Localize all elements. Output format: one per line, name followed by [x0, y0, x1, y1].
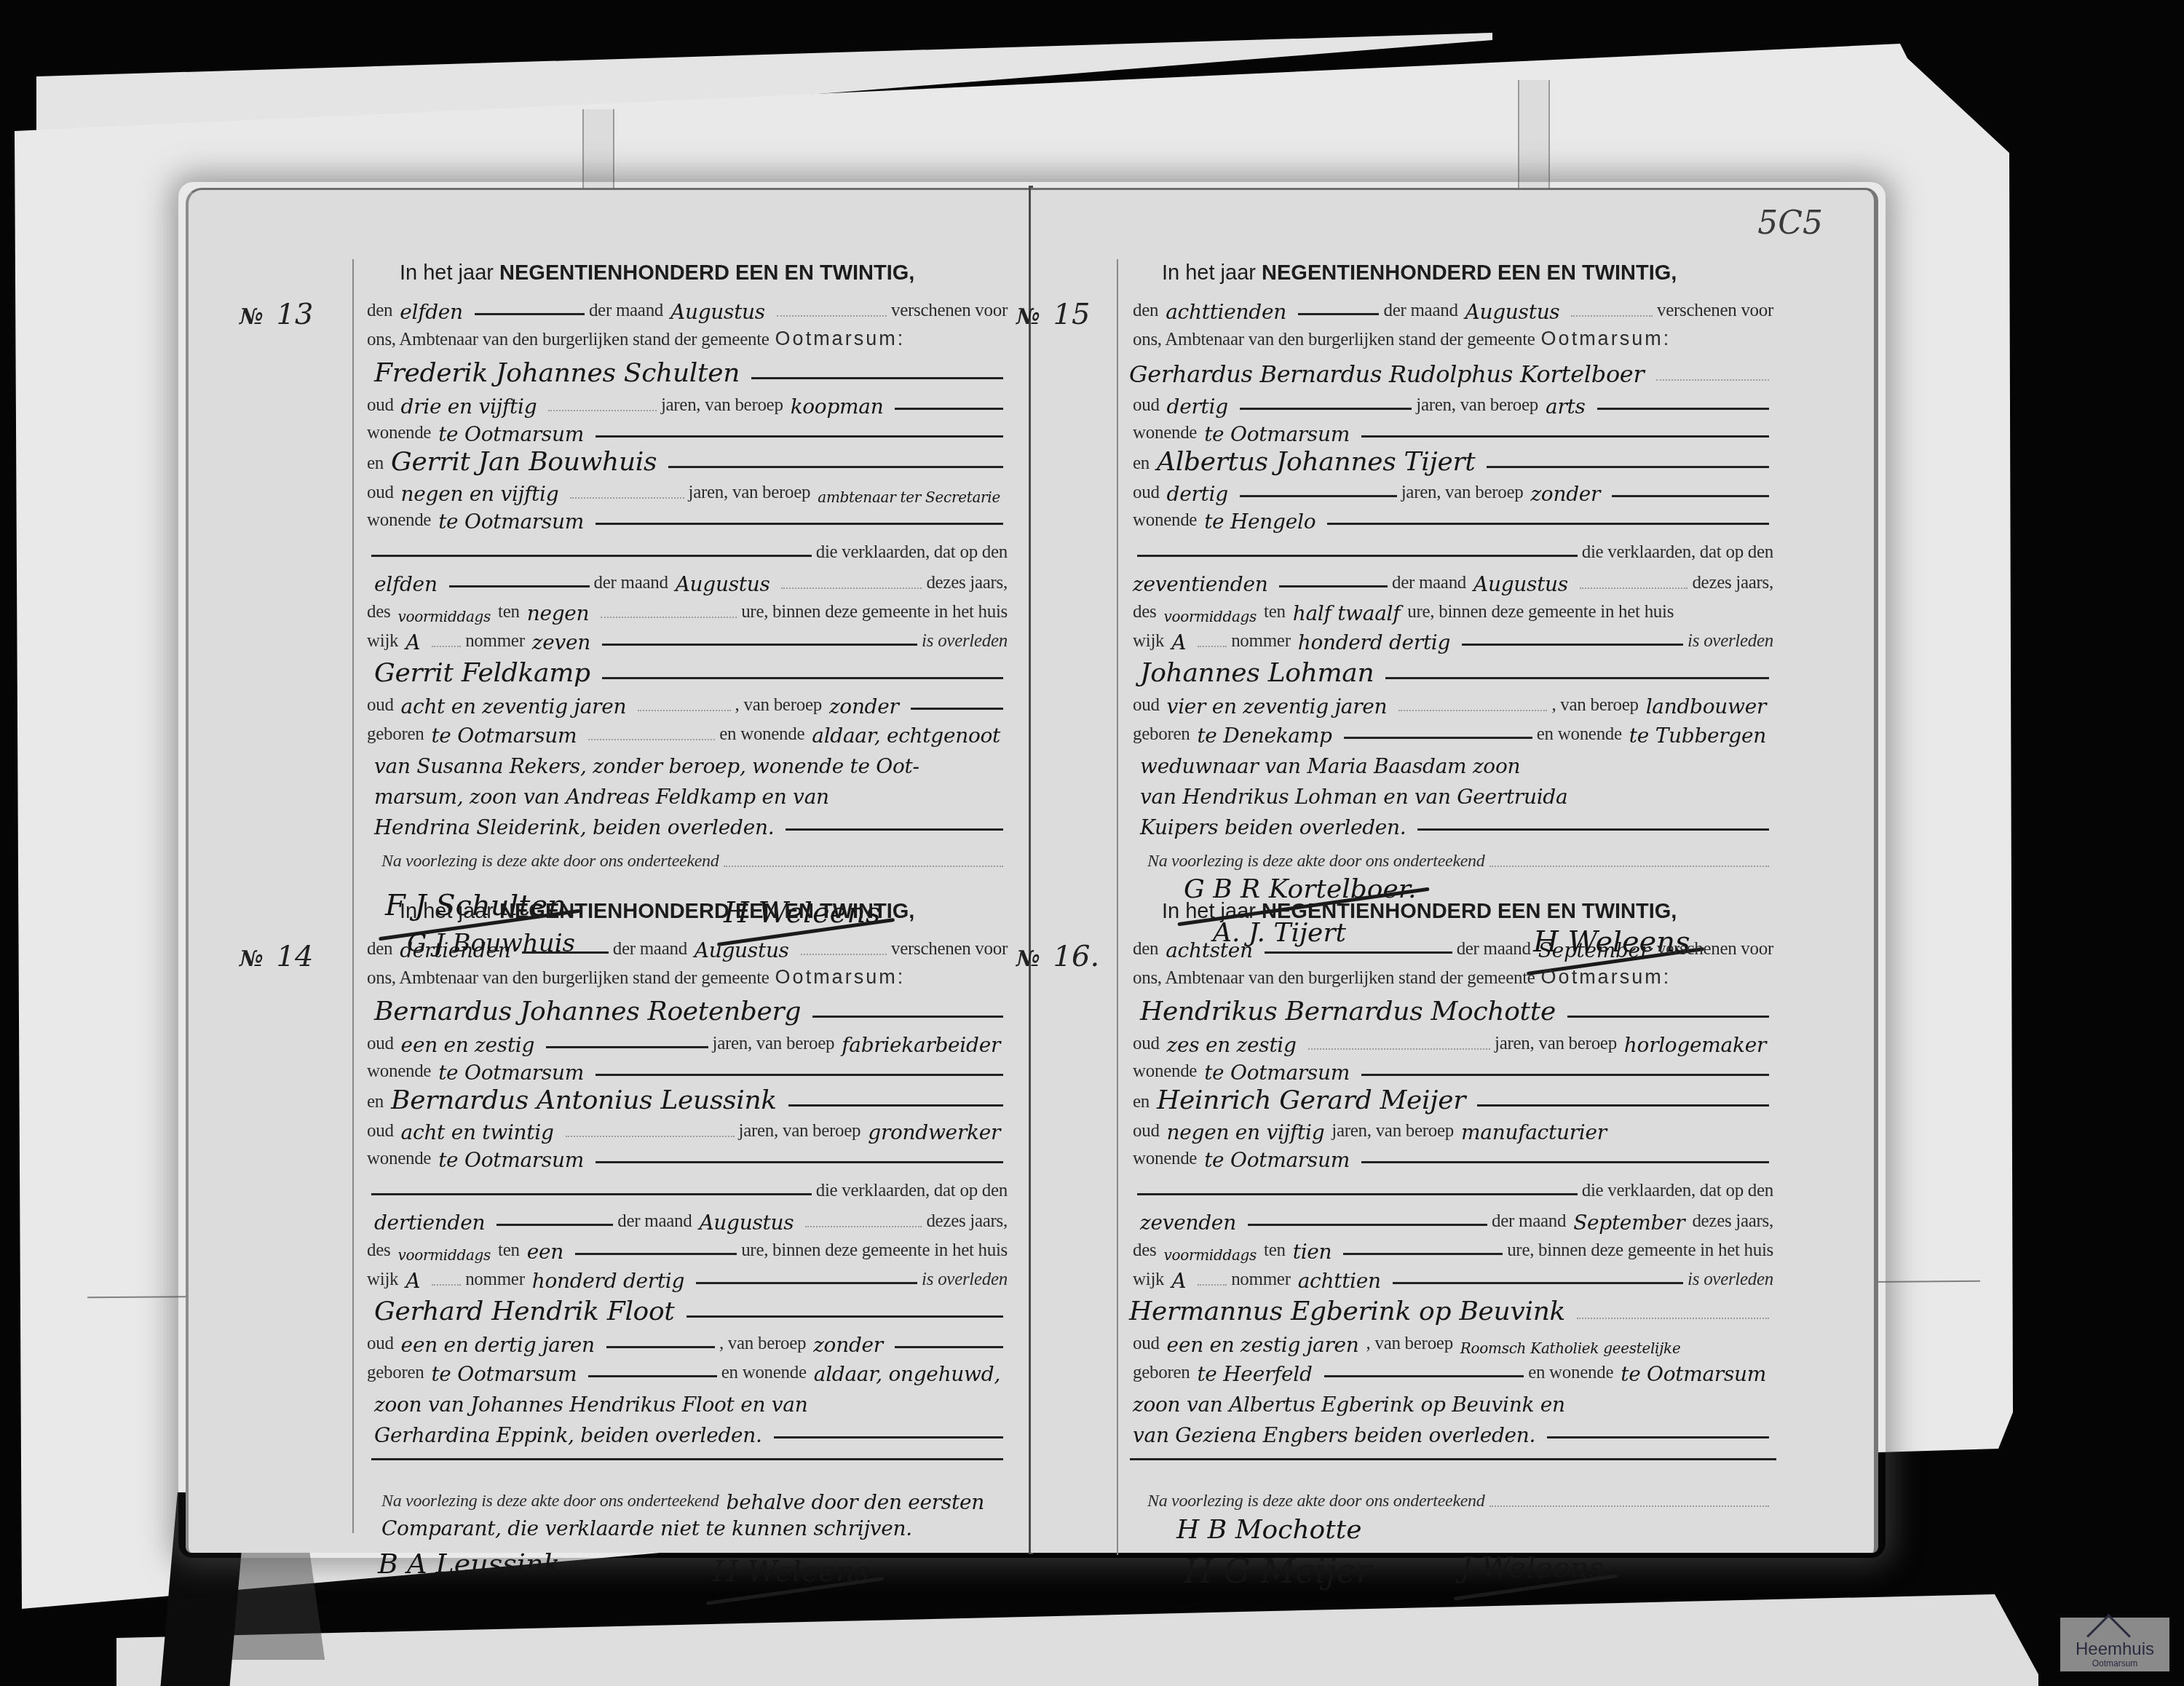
row-witness2-residence: wonende te Ootmarsum	[367, 1140, 1008, 1169]
fill-line	[596, 523, 1003, 525]
row-ons: ons, Ambtenaar van den burgerlijken stan…	[1133, 959, 1773, 989]
fill-line	[588, 1375, 716, 1377]
label-des: des	[1133, 602, 1156, 622]
label-jaren-van-beroep: jaren, van beroep	[1416, 395, 1538, 416]
row-deceased-age: oud vier en zeventig jaren , van beroep …	[1133, 686, 1773, 716]
row-deceased-details: van Susanna Rekers, zonder beroep, wonen…	[367, 746, 1008, 775]
signature: H G Meijer	[1184, 1551, 1372, 1591]
fill-line	[1385, 677, 1769, 679]
label-en-wonende: en wonende	[721, 1363, 807, 1383]
label-der-maand: der maand	[1392, 573, 1466, 593]
dotted-rule	[1198, 646, 1227, 647]
fill-line	[1240, 495, 1397, 497]
fill-line	[1612, 495, 1769, 497]
label-is-overleden: is overleden	[922, 631, 1008, 652]
row-witness2-name: en Bernardus Antonius Leussink	[367, 1083, 1008, 1112]
row-witness2-residence: wonende te Hengelo	[1133, 502, 1773, 531]
field-deceased-details: marsum, zoon van Andreas Feldkamp en van	[374, 785, 829, 809]
label-den: den	[367, 939, 392, 959]
label-en: en	[1133, 1092, 1150, 1112]
row-ons: ons, Ambtenaar van den burgerlijken stan…	[367, 321, 1008, 350]
field-witness2-residence: te Ootmarsum	[438, 510, 584, 534]
row-deceased-born: geboren te Ootmarsum en wonende aldaar, …	[367, 1354, 1008, 1383]
field-witness1-name: Bernardus Johannes Roetenberg	[374, 997, 801, 1026]
row-closing: Na voorlezing is deze akte door ons onde…	[1147, 1482, 1773, 1511]
row-witness2-age: oud negen en vijftig jaren, van beroep m…	[1133, 1112, 1773, 1141]
label-geboren: geboren	[1133, 1363, 1190, 1383]
label-oud: oud	[1133, 483, 1160, 503]
fill-line	[371, 555, 812, 557]
label-is-overleden: is overleden	[922, 1270, 1008, 1290]
row-deceased-details: zoon van Johannes Hendrikus Floot en van	[367, 1385, 1008, 1414]
row-death-date: dertienden der maand Augustus dezes jaar…	[367, 1203, 1008, 1232]
fill-line	[1343, 1253, 1503, 1255]
fill-line	[1240, 408, 1412, 410]
label-ure-binnen: ure, binnen deze gemeente in het huis	[741, 602, 1008, 622]
label-dezes-jaars: dezes jaars,	[926, 1211, 1008, 1232]
label-geboren: geboren	[1133, 724, 1190, 745]
row-witness1-name: Gerhardus Bernardus Rudolphus Kortelboer	[1122, 356, 1773, 385]
dotted-rule	[1198, 1284, 1227, 1286]
dotted-rule	[588, 739, 715, 740]
row-death-time: des voormiddags ten negen ure, binnen de…	[367, 593, 1008, 622]
field-witness1-residence: te Ootmarsum	[438, 1061, 584, 1085]
label-geboren: geboren	[367, 724, 424, 745]
record-title: In het jaar NEGENTIENHONDERD EEN EN TWIN…	[400, 900, 914, 924]
label-ure-binnen: ure, binnen deze gemeente in het huis	[741, 1240, 1008, 1261]
row-witness1-residence: wonende te Ootmarsum	[367, 414, 1008, 443]
row-witness1-name: Bernardus Johannes Roetenberg	[367, 994, 1008, 1024]
label-wijk: wijk	[1133, 631, 1164, 652]
field-witness2-residence: te Ootmarsum	[438, 1148, 584, 1172]
fill-line	[1137, 1193, 1578, 1195]
row-witness2-residence: wonende te Ootmarsum	[1133, 1140, 1773, 1169]
fill-line	[606, 1346, 715, 1348]
label-verschenen-voor: verschenen voor	[1657, 301, 1773, 321]
dotted-rule	[1580, 587, 1688, 589]
dotted-rule	[781, 587, 922, 589]
fill-line	[1462, 644, 1683, 646]
label-jaren-van-beroep: jaren, van beroep	[1401, 483, 1524, 503]
row-date: den elfden der maand Augustus verschenen…	[367, 292, 1008, 321]
field-deceased-born: te Ootmarsum	[431, 724, 577, 748]
fill-line	[1248, 1224, 1487, 1226]
label-ure-binnen: ure, binnen deze gemeente in het huis	[1407, 602, 1674, 622]
field-witness1-name: Gerhardus Bernardus Rudolphus Kortelboer	[1129, 360, 1645, 388]
label-geboren: geboren	[367, 1363, 424, 1383]
fill-line	[895, 408, 1003, 410]
label-wonende: wonende	[1133, 423, 1197, 443]
field-deceased-name: Johannes Lohman	[1140, 658, 1374, 688]
label-na-voorlezing: Na voorlezing is deze akte door ons onde…	[381, 852, 719, 871]
record-number-value: 16.	[1053, 940, 1100, 973]
fill-line	[496, 1224, 613, 1226]
row-deceased-age: oud acht en zeventig jaren , van beroep …	[367, 686, 1008, 716]
label-wonende: wonende	[1133, 1061, 1197, 1082]
row-witness1-residence: wonende te Ootmarsum	[1133, 1053, 1773, 1082]
fill-line	[1324, 1375, 1524, 1377]
row-verklaarden: die verklaarden, dat op den	[1133, 534, 1773, 563]
label-die-verklaarden: die verklaarden, dat op den	[1582, 542, 1773, 563]
dotted-rule	[1489, 866, 1769, 867]
record-number-value: 15	[1053, 298, 1091, 331]
label-is-overleden: is overleden	[1688, 1270, 1773, 1290]
label-oud: oud	[367, 1334, 394, 1354]
label-der-maand: der maand	[1457, 939, 1531, 959]
logo-name: Heemhuis	[2060, 1641, 2169, 1658]
field-witness2-name: Gerrit Jan Bouwhuis	[391, 447, 657, 477]
label-ons: ons, Ambtenaar van den burgerlijken stan…	[367, 330, 769, 350]
label-nommer: nommer	[1231, 1270, 1291, 1290]
record-number: №15	[1016, 298, 1091, 331]
label-ons: ons, Ambtenaar van den burgerlijken stan…	[367, 968, 769, 989]
label-ons: ons, Ambtenaar van den burgerlijken stan…	[1133, 330, 1535, 350]
label-van-beroep: , van beroep	[719, 1334, 806, 1354]
signature: H B Mochotte	[1176, 1515, 1362, 1545]
fill-line	[1137, 555, 1578, 557]
row-witness1-residence: wonende te Ootmarsum	[1133, 414, 1773, 443]
field-deceased-residence: aldaar, echtgenoot	[812, 724, 1000, 748]
label-die-verklaarden: die verklaarden, dat op den	[816, 1181, 1008, 1201]
field-house-number: honderd dertig	[532, 1269, 684, 1293]
heemhuis-logo: Heemhuis Ootmarsum	[2060, 1618, 2169, 1671]
fill-line	[596, 1074, 1003, 1076]
field-wijk: A	[1171, 1269, 1186, 1293]
fill-line	[696, 1282, 917, 1284]
field-deceased-residence: aldaar, ongehuwd,	[814, 1362, 1000, 1386]
dotted-rule	[777, 315, 887, 317]
row-address: wijk A nommer achttien is overleden	[1133, 1261, 1773, 1290]
row-witness2-name: en Albertus Johannes Tijert	[1133, 445, 1773, 474]
row-deceased-name: Gerhard Hendrik Floot	[367, 1294, 1008, 1323]
label-oud: oud	[1133, 1121, 1160, 1141]
row-ons: ons, Ambtenaar van den burgerlijken stan…	[1133, 321, 1773, 350]
label-oud: oud	[367, 1034, 394, 1054]
fill-line	[687, 1315, 1003, 1318]
label-der-maand: der maand	[617, 1211, 692, 1232]
fill-line	[1597, 408, 1769, 410]
fill-line	[546, 1046, 708, 1048]
field-house-number: zeven	[532, 630, 590, 654]
row-death-time: des voormiddags ten een ure, binnen deze…	[367, 1232, 1008, 1261]
dotted-rule	[432, 646, 461, 647]
label-jaren-van-beroep: jaren, van beroep	[739, 1121, 861, 1141]
fill-line	[1361, 1161, 1769, 1163]
label-wonende: wonende	[367, 1061, 431, 1082]
row-deceased-details: Hendrina Sleiderink, beiden overleden.	[367, 807, 1008, 836]
row-closing: Na voorlezing is deze akte door ons onde…	[1147, 842, 1773, 871]
row-deceased-details: weduwnaar van Maria Baasdam zoon	[1133, 746, 1773, 775]
label-jaren-van-beroep: jaren, van beroep	[713, 1034, 835, 1054]
fill-line	[1361, 1074, 1769, 1076]
right-page: 5C5 №15 In het jaar NEGENTIENHONDERD EEN…	[1031, 188, 1878, 1553]
dotted-rule	[1571, 315, 1653, 317]
field-deceased-details: Hendrina Sleiderink, beiden overleden.	[374, 815, 774, 839]
field-deceased-residence: te Tubbergen	[1629, 724, 1766, 748]
field-deceased-name: Gerrit Feldkamp	[374, 658, 590, 688]
row-date: den achttienden der maand Augustus versc…	[1133, 292, 1773, 321]
label-des: des	[1133, 1240, 1156, 1261]
label-der-maand: der maand	[1492, 1211, 1566, 1232]
label-van-beroep: , van beroep	[1551, 695, 1638, 716]
row-deceased-details: zoon van Albertus Egberink op Beuvink en	[1125, 1385, 1773, 1414]
label-wijk: wijk	[367, 1270, 398, 1290]
fill-line	[1327, 523, 1769, 525]
label-dezes-jaars: dezes jaars,	[1692, 1211, 1773, 1232]
row-witness2-age: oud dertig jaren, van beroep zonder	[1133, 474, 1773, 503]
field-deceased-name: Hermannus Egberink op Beuvink	[1129, 1297, 1565, 1326]
row-address: wijk A nommer zeven is overleden	[367, 622, 1008, 652]
row-deceased-details: Kuipers beiden overleden.	[1133, 807, 1773, 836]
fill-line	[1567, 1016, 1769, 1018]
signature: B A Leussink	[378, 1548, 560, 1580]
field-deceased-name: Gerhard Hendrik Floot	[374, 1297, 675, 1326]
label-des: des	[367, 602, 390, 622]
row-address: wijk A nommer honderd dertig is overlede…	[1133, 622, 1773, 652]
field-house-number: honderd dertig	[1298, 630, 1450, 654]
field-wijk: A	[405, 1269, 420, 1293]
row-filler	[367, 1437, 1008, 1466]
label-des: des	[367, 1240, 390, 1261]
field-witness2-residence: te Hengelo	[1204, 510, 1315, 534]
fill-line	[522, 951, 608, 954]
label-en: en	[1133, 454, 1150, 474]
label-den: den	[1133, 301, 1158, 321]
row-witness2-age: oud acht en twintig jaren, van beroep gr…	[367, 1112, 1008, 1141]
row-witness2-residence: wonende te Ootmarsum	[367, 502, 1008, 531]
label-oud: oud	[367, 395, 394, 416]
row-date: den achtsten der maand September versche…	[1133, 930, 1773, 959]
label-der-maand: der maand	[589, 301, 663, 321]
row-deceased-born: geboren te Denekamp en wonende te Tubber…	[1133, 716, 1773, 745]
label-wonende: wonende	[367, 510, 431, 531]
row-witness1-age: oud dertig jaren, van beroep arts	[1133, 387, 1773, 416]
fill-line	[1393, 1282, 1683, 1284]
row-death-date: zeventienden der maand Augustus dezes ja…	[1125, 564, 1773, 593]
label-die-verklaarden: die verklaarden, dat op den	[1582, 1181, 1773, 1201]
label-en-wonende: en wonende	[1537, 724, 1622, 745]
label-jaren-van-beroep: jaren, van beroep	[661, 395, 783, 416]
record-number-value: 14	[277, 940, 314, 973]
row-address: wijk A nommer honderd dertig is overlede…	[367, 1261, 1008, 1290]
dotted-rule	[805, 1226, 922, 1227]
margin-rule	[352, 259, 354, 1533]
fill-line	[596, 435, 1003, 438]
field-deceased-details: van Hendrikus Lohman en van Geertruida	[1140, 785, 1567, 809]
field-witness1-residence: te Ootmarsum	[1204, 1061, 1350, 1085]
record-title: In het jaar NEGENTIENHONDERD EEN EN TWIN…	[1162, 261, 1677, 285]
margin-rule	[1117, 259, 1118, 1555]
field-witness1-name: Hendrikus Bernardus Mochotte	[1140, 997, 1556, 1026]
row-witness2-name: en Heinrich Gerard Meijer	[1133, 1083, 1773, 1112]
fill-line	[1477, 1104, 1769, 1107]
label-der-maand: der maand	[594, 573, 668, 593]
fill-line	[1344, 737, 1532, 739]
label-ten: ten	[1264, 602, 1286, 622]
label-nommer: nommer	[465, 631, 525, 652]
page-marker: 5C5	[1757, 205, 1823, 242]
fill-line	[1130, 1458, 1776, 1460]
row-witness1-age: oud een en zestig jaren, van beroep fabr…	[367, 1025, 1008, 1054]
title-prefix: In het jaar	[400, 261, 494, 285]
label-wijk: wijk	[1133, 1270, 1164, 1290]
fill-line	[449, 585, 590, 587]
title-prefix: In het jaar	[1162, 900, 1256, 923]
field-closing-note: Comparant, die verklaarde niet te kunnen…	[381, 1516, 912, 1540]
logo-place: Ootmarsum	[2060, 1658, 2169, 1669]
row-deceased-name: Gerrit Feldkamp	[367, 656, 1008, 685]
dotted-rule	[724, 866, 1003, 867]
label-jaren-van-beroep: jaren, van beroep	[1495, 1034, 1617, 1054]
row-deceased-age: oud een en zestig jaren , van beroep Roo…	[1133, 1325, 1773, 1354]
fill-line	[596, 1161, 1003, 1163]
record-number: №14	[240, 940, 314, 973]
record-title: In het jaar NEGENTIENHONDERD EEN EN TWIN…	[400, 261, 914, 285]
label-ure-binnen: ure, binnen deze gemeente in het huis	[1507, 1240, 1773, 1261]
label-nommer: nommer	[1231, 631, 1291, 652]
field-deceased-born: te Ootmarsum	[431, 1362, 577, 1386]
field-wijk: A	[405, 630, 420, 654]
fill-line	[751, 377, 1003, 379]
number-label: №	[240, 304, 264, 330]
record-title: In het jaar NEGENTIENHONDERD EEN EN TWIN…	[1162, 900, 1677, 924]
fill-line	[1298, 313, 1380, 315]
label-ten: ten	[498, 602, 520, 622]
row-deceased-details: van Hendrikus Lohman en van Geertruida	[1133, 777, 1773, 806]
field-witness1-residence: te Ootmarsum	[1204, 422, 1350, 446]
field-witness2-name: Bernardus Antonius Leussink	[391, 1085, 777, 1115]
label-oud: oud	[1133, 395, 1160, 416]
label-dezes-jaars: dezes jaars,	[1692, 573, 1773, 593]
row-death-time: des voormiddags ten tien ure, binnen dez…	[1133, 1232, 1773, 1261]
fill-line	[602, 677, 1003, 679]
label-der-maand: der maand	[1383, 301, 1457, 321]
title-year: NEGENTIENHONDERD EEN EN TWINTIG,	[499, 261, 914, 285]
label-en-wonende: en wonende	[719, 724, 804, 745]
record-number: №13	[240, 298, 314, 331]
row-closing: Na voorlezing is deze akte door ons onde…	[381, 842, 1008, 871]
row-deceased-born: geboren te Ootmarsum en wonende aldaar, …	[367, 716, 1008, 745]
label-oud: oud	[367, 483, 394, 503]
row-verklaarden: die verklaarden, dat op den	[367, 1172, 1008, 1201]
fill-line	[1417, 828, 1769, 831]
field-deceased-born: te Heerfeld	[1197, 1362, 1312, 1386]
row-witness1-residence: wonende te Ootmarsum	[367, 1053, 1008, 1082]
row-death-date: zevenden der maand September dezes jaars…	[1133, 1203, 1773, 1232]
title-prefix: In het jaar	[1162, 261, 1256, 285]
dotted-rule	[566, 1136, 735, 1137]
label-van-beroep: , van beroep	[1366, 1334, 1453, 1354]
fill-line	[371, 1193, 812, 1195]
field-house-number: achttien	[1298, 1269, 1381, 1293]
title-prefix: In het jaar	[400, 900, 494, 923]
dotted-rule	[548, 410, 657, 411]
row-witness1-name: Hendrikus Bernardus Mochotte	[1133, 994, 1773, 1024]
title-year: NEGENTIENHONDERD EEN EN TWINTIG,	[1262, 900, 1677, 923]
label-dezes-jaars: dezes jaars,	[926, 573, 1008, 593]
fill-line	[1361, 435, 1769, 438]
label-is-overleden: is overleden	[1688, 631, 1773, 652]
label-ten: ten	[1264, 1240, 1286, 1261]
label-wijk: wijk	[367, 631, 398, 652]
title-year: NEGENTIENHONDERD EEN EN TWINTIG,	[499, 900, 914, 923]
row-filler	[1125, 1437, 1781, 1466]
label-municipality: Ootmarsum:	[775, 328, 906, 350]
fill-line	[788, 1104, 1003, 1107]
dotted-rule	[638, 710, 730, 711]
row-verklaarden: die verklaarden, dat op den	[1133, 1172, 1773, 1201]
fill-line	[371, 1458, 1003, 1460]
label-verschenen-voor: verschenen voor	[891, 301, 1008, 321]
label-nommer: nommer	[465, 1270, 525, 1290]
left-page: №13 In het jaar NEGENTIENHONDERD EEN EN …	[186, 188, 1034, 1553]
field-wijk: A	[1171, 630, 1186, 654]
label-municipality: Ootmarsum:	[775, 966, 906, 989]
dotted-rule	[570, 497, 684, 499]
row-deceased-name: Johannes Lohman	[1133, 656, 1773, 685]
label-wonende: wonende	[367, 423, 431, 443]
label-wonende: wonende	[367, 1149, 431, 1169]
field-witness2-name: Albertus Johannes Tijert	[1157, 447, 1475, 477]
fill-line	[602, 644, 917, 646]
fill-line	[575, 1253, 737, 1255]
label-den: den	[1133, 939, 1158, 959]
row-date: den dertienden der maand Augustus versch…	[367, 930, 1008, 959]
label-jaren-van-beroep: jaren, van beroep	[1332, 1121, 1454, 1141]
fill-line	[1487, 466, 1769, 468]
fill-line	[1265, 951, 1452, 954]
dotted-rule	[801, 954, 887, 955]
row-deceased-details: marsum, zoon van Andreas Feldkamp en van	[367, 777, 1008, 806]
field-witness1-name: Frederik Johannes Schulten	[374, 358, 740, 388]
label-ten: ten	[498, 1240, 520, 1261]
dotted-rule	[1489, 1505, 1769, 1507]
record-number: №16.	[1016, 940, 1099, 973]
dotted-rule	[1398, 710, 1547, 711]
number-label: №	[240, 946, 264, 972]
dotted-rule	[1308, 1048, 1490, 1050]
row-witness1-name: Frederik Johannes Schulten	[367, 356, 1008, 385]
fill-line	[812, 1016, 1003, 1018]
fill-line	[668, 466, 1003, 468]
row-verklaarden: die verklaarden, dat op den	[367, 534, 1008, 563]
field-deceased-born: te Denekamp	[1197, 724, 1332, 748]
field-deceased-residence: te Ootmarsum	[1621, 1362, 1766, 1386]
row-ons: ons, Ambtenaar van den burgerlijken stan…	[367, 959, 1008, 989]
row-closing-cont: Comparant, die verklaarde niet te kunnen…	[374, 1508, 1015, 1537]
label-den: den	[367, 301, 392, 321]
label-verschenen-voor: verschenen voor	[1657, 939, 1773, 959]
row-death-time: des voormiddags ten half twaalf ure, bin…	[1133, 593, 1773, 622]
label-der-maand: der maand	[613, 939, 687, 959]
label-municipality: Ootmarsum:	[1541, 328, 1671, 350]
fill-line	[475, 313, 585, 315]
label-na-voorlezing: Na voorlezing is deze akte door ons onde…	[1147, 852, 1485, 871]
fill-line	[786, 828, 1003, 831]
fill-line	[1279, 585, 1387, 587]
row-deceased-age: oud een en dertig jaren , van beroep zon…	[367, 1325, 1008, 1354]
label-van-beroep: , van beroep	[735, 695, 822, 716]
label-oud: oud	[1133, 1334, 1160, 1354]
label-en-wonende: en wonende	[1528, 1363, 1613, 1383]
dotted-rule	[1656, 379, 1769, 381]
background-paper-strip-bottom	[116, 1594, 2038, 1686]
field-deceased-details: weduwnaar van Maria Baasdam zoon	[1140, 754, 1520, 778]
label-na-voorlezing: Na voorlezing is deze akte door ons onde…	[1147, 1492, 1485, 1511]
title-year: NEGENTIENHONDERD EEN EN TWINTIG,	[1262, 261, 1677, 285]
label-wonende: wonende	[1133, 510, 1197, 531]
fill-line	[895, 1346, 1003, 1348]
